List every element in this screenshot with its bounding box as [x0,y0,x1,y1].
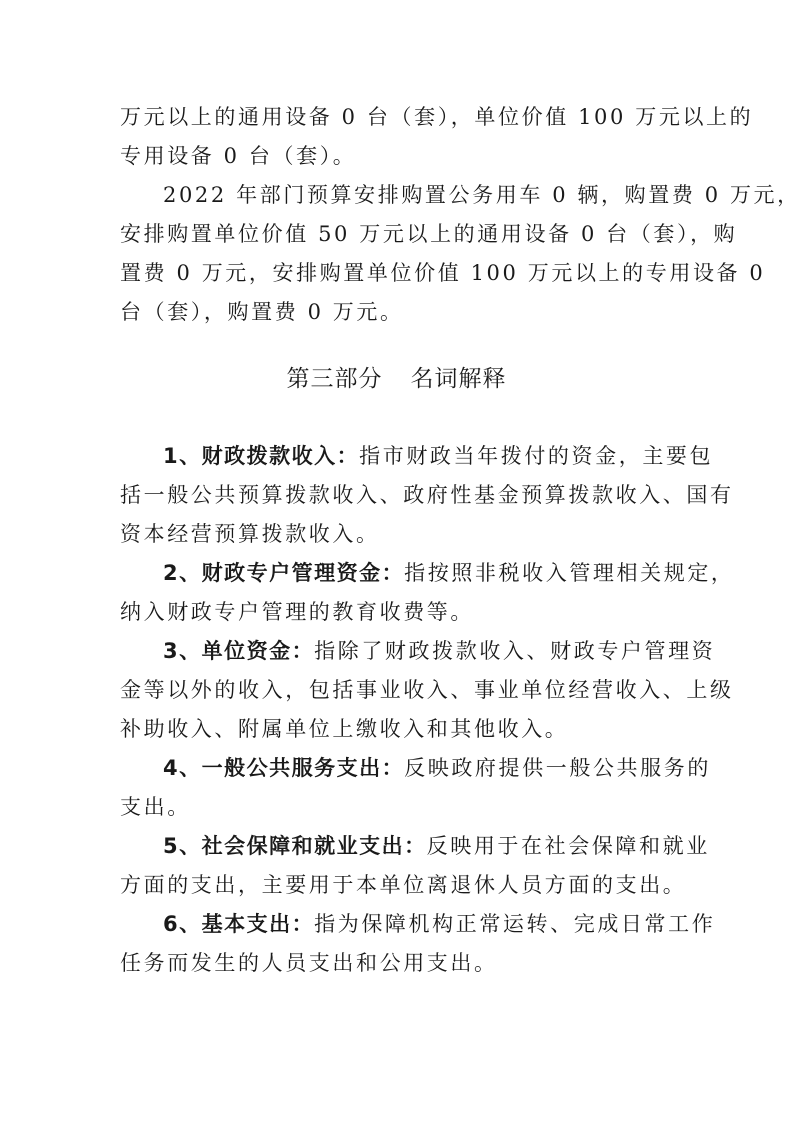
section-heading: 第三部分名词解释 [0,359,793,399]
definition-text: 指除了财政拨款收入、财政专户管理资 [314,639,715,663]
section-name: 名词解释 [411,366,507,392]
text-line: 方面的支出，主要用于本单位离退休人员方面的支出。 [120,866,676,905]
definition-term: 6、基本支出： [163,912,314,936]
definition-text: 反映用于在社会保障和就业 [427,834,710,858]
text-line: 2022 年部门预算安排购置公务用车 0 辆，购置费 0 万元， [120,176,676,215]
definition-term: 5、社会保障和就业支出： [163,834,427,858]
definition-text: 指按照非税收入管理相关规定， [404,561,734,585]
definitions-list: 1、财政拨款收入：指市财政当年拨付的资金，主要包 括一般公共预算拨款收入、政府性… [120,437,676,983]
definition-item: 3、单位资金：指除了财政拨款收入、财政专户管理资 金等以外的收入，包括事业收入、… [120,632,676,749]
text-line: 任务而发生的人员支出和公用支出。 [120,944,676,983]
definition-item: 4、一般公共服务支出：反映政府提供一般公共服务的 支出。 [120,749,676,827]
text-line: 支出。 [120,788,676,827]
text-line: 补助收入、附属单位上缴收入和其他收入。 [120,710,676,749]
definition-text: 指为保障机构正常运转、完成日常工作 [314,912,715,936]
text-line: 括一般公共预算拨款收入、政府性基金预算拨款收入、国有 [120,476,676,515]
text-line: 专用设备 0 台（套）。 [120,137,676,176]
definition-term: 2、财政专户管理资金： [163,561,404,585]
definition-item: 2、财政专户管理资金：指按照非税收入管理相关规定， 纳入财政专户管理的教育收费等… [120,554,676,632]
intro-paragraphs: 万元以上的通用设备 0 台（套），单位价值 100 万元以上的 专用设备 0 台… [120,98,676,332]
definition-item: 6、基本支出：指为保障机构正常运转、完成日常工作 任务而发生的人员支出和公用支出… [120,905,676,983]
text-line: 安排购置单位价值 50 万元以上的通用设备 0 台（套），购 [120,215,676,254]
text-line: 纳入财政专户管理的教育收费等。 [120,593,676,632]
text-line: 金等以外的收入，包括事业收入、事业单位经营收入、上级 [120,671,676,710]
definition-item: 5、社会保障和就业支出：反映用于在社会保障和就业 方面的支出，主要用于本单位离退… [120,827,676,905]
definition-text: 指市财政当年拨付的资金，主要包 [359,444,713,468]
definition-text: 反映政府提供一般公共服务的 [404,756,711,780]
text-line: 台（套），购置费 0 万元。 [120,293,676,332]
text-line: 资本经营预算拨款收入。 [120,515,676,554]
definition-term: 4、一般公共服务支出： [163,756,404,780]
section-part: 第三部分 [287,366,383,392]
definition-term: 3、单位资金： [163,639,314,663]
definition-item: 1、财政拨款收入：指市财政当年拨付的资金，主要包 括一般公共预算拨款收入、政府性… [120,437,676,554]
definition-term: 1、财政拨款收入： [163,444,359,468]
text-line: 置费 0 万元，安排购置单位价值 100 万元以上的专用设备 0 [120,254,676,293]
text-line: 万元以上的通用设备 0 台（套），单位价值 100 万元以上的 [120,98,676,137]
